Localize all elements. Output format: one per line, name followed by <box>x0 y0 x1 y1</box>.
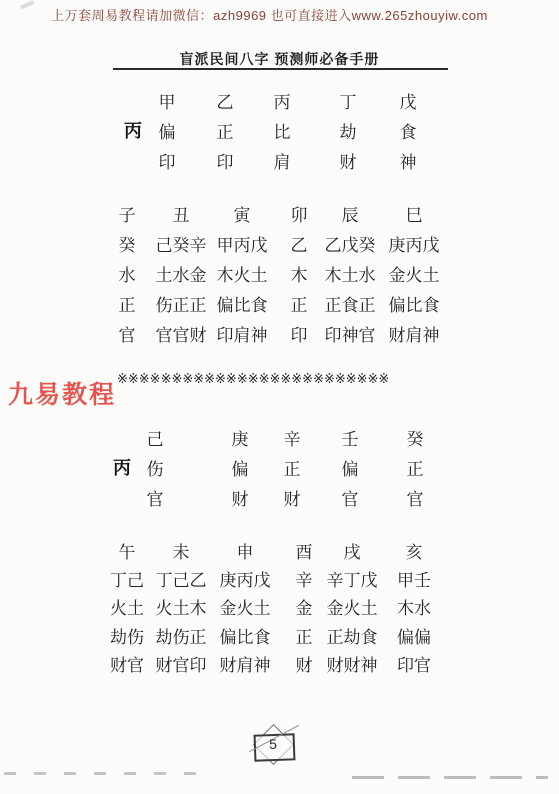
table-cell: 印肩神 <box>217 326 268 346</box>
table-cell: 土水金 <box>156 266 207 286</box>
table-cell: 乙 <box>291 236 308 256</box>
watermark-text: 九易教程 <box>8 375 116 411</box>
table-cell: 伤 <box>147 460 164 480</box>
table-cell: 偏 <box>342 460 359 480</box>
table-cell: 金 <box>296 599 313 619</box>
table-cell: 正 <box>296 628 313 648</box>
table-cell: 财 <box>232 490 249 510</box>
day-master-label: 丙 <box>124 121 142 141</box>
table-cell: 财官印 <box>156 656 207 676</box>
table-cell: 偏 <box>159 123 176 143</box>
table-cell: 正 <box>407 460 424 480</box>
table-cell: 丑 <box>173 206 190 226</box>
table-cell: 官 <box>342 490 359 510</box>
table-cell: 正 <box>217 123 234 143</box>
table-cell: 财官 <box>110 656 144 676</box>
table-cell: 正 <box>119 296 136 316</box>
table-cell: 印神官 <box>325 326 376 346</box>
table-cell: 官 <box>147 490 164 510</box>
table-cell: 财 <box>284 490 301 510</box>
table-cell: 木土水 <box>325 266 376 286</box>
table-cell: 官 <box>119 326 136 346</box>
table-cell: 己 <box>147 430 164 450</box>
table-cell: 金火土 <box>220 599 271 619</box>
table-cell: 印 <box>159 153 176 173</box>
table-cell: 财肩神 <box>389 326 440 346</box>
table-cell: 酉 <box>296 543 313 563</box>
table-cell: 卯 <box>291 206 308 226</box>
table-cell: 偏 <box>232 460 249 480</box>
table-cell: 丁己 <box>110 571 144 591</box>
table-cell: 官 <box>407 490 424 510</box>
day-master-label: 丙 <box>113 458 131 478</box>
table-cell: 财 <box>340 153 357 173</box>
table-cell: 木 <box>291 266 308 286</box>
table-cell: 偏比食 <box>217 296 268 316</box>
table-cell: 正 <box>291 296 308 316</box>
table-cell: 巳 <box>406 206 423 226</box>
table-cell: 子 <box>119 206 136 226</box>
table-cell: 甲壬 <box>397 571 431 591</box>
table-cell: 丁 <box>340 93 357 113</box>
table-cell: 戊 <box>400 93 417 113</box>
table-cell: 申 <box>237 543 254 563</box>
table-cell: 食 <box>400 123 417 143</box>
table-cell: 癸 <box>119 236 136 256</box>
table-cell: 午 <box>119 543 136 563</box>
table-cell: 印 <box>291 326 308 346</box>
table-cell: 甲 <box>159 93 176 113</box>
table-cell: 癸 <box>407 430 424 450</box>
table-cell: 戌 <box>344 543 361 563</box>
title-underline <box>113 68 448 70</box>
table-cell: 神 <box>400 153 417 173</box>
table-cell: 寅 <box>234 206 251 226</box>
table-cell: 肩 <box>274 153 291 173</box>
table-cell: 庚 <box>232 430 249 450</box>
table-cell: 比 <box>274 123 291 143</box>
table-cell: 甲丙戊 <box>217 236 268 256</box>
table-cell: 未 <box>173 543 190 563</box>
table-cell: 财 <box>296 656 313 676</box>
table-cell: 亥 <box>406 543 423 563</box>
table-cell: 火土木 <box>156 599 207 619</box>
scan-smudge <box>352 776 548 779</box>
table-cell: 正劫食 <box>327 628 378 648</box>
page-number: 5 <box>252 736 294 752</box>
table-cell: 伤正正 <box>156 296 207 316</box>
table-cell: 印 <box>217 153 234 173</box>
header-promo-text: 上万套周易教程请加微信：azh9969 也可直接进入www.265zhouyiw… <box>0 5 539 24</box>
divider-reference-marks: ※※※※※※※※※※※※※※※※※※※※※※※※※ <box>117 371 389 387</box>
table-cell: 财肩神 <box>220 656 271 676</box>
table-cell: 壬 <box>342 430 359 450</box>
book-title: 盲派民间八字 预测师必备手册 <box>0 49 559 69</box>
table-cell: 辛丁戊 <box>327 571 378 591</box>
table-cell: 水 <box>119 266 136 286</box>
table-cell: 丙 <box>274 93 291 113</box>
table-cell: 木水 <box>397 599 431 619</box>
table-cell: 劫伤 <box>110 628 144 648</box>
table-cell: 金火土 <box>389 266 440 286</box>
table-cell: 己癸辛 <box>156 236 207 256</box>
table-cell: 劫 <box>340 123 357 143</box>
table-cell: 劫伤正 <box>156 628 207 648</box>
table-cell: 庚丙戊 <box>220 571 271 591</box>
table-cell: 偏偏 <box>397 628 431 648</box>
table-cell: 正 <box>284 460 301 480</box>
table-cell: 木火土 <box>217 266 268 286</box>
table-cell: 财财神 <box>327 656 378 676</box>
table-cell: 火土 <box>110 599 144 619</box>
table-cell: 丁己乙 <box>156 571 207 591</box>
table-cell: 乙 <box>217 93 234 113</box>
table-cell: 官官财 <box>156 326 207 346</box>
page-number-ornament: 5 <box>252 726 294 770</box>
table-cell: 庚丙戊 <box>389 236 440 256</box>
table-cell: 辛 <box>284 430 301 450</box>
scanned-book-page: 上万套周易教程请加微信：azh9969 也可直接进入www.265zhouyiw… <box>0 0 559 794</box>
table-cell: 金火土 <box>327 599 378 619</box>
table-cell: 乙戊癸 <box>325 236 376 256</box>
table-cell: 印官 <box>397 656 431 676</box>
table-cell: 偏比食 <box>220 628 271 648</box>
scan-smudge <box>4 772 210 775</box>
table-cell: 辰 <box>342 206 359 226</box>
table-cell: 偏比食 <box>389 296 440 316</box>
table-cell: 辛 <box>296 571 313 591</box>
table-cell: 正食正 <box>325 296 376 316</box>
